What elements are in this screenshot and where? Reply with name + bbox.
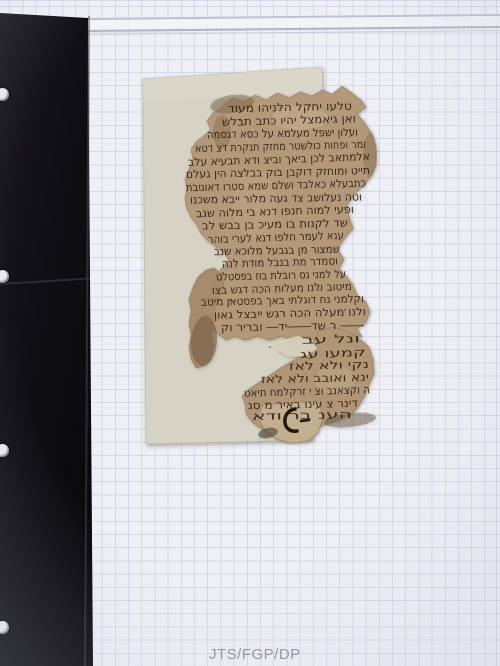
- fragment-scene: טלעו יחקל הלניהו מעודואן גיאמצל יהיו כתב…: [0, 0, 500, 666]
- manuscript-text-line: ונל עב: [302, 332, 360, 347]
- photo-canvas: טלעו יחקל הלניהו מעודואן גיאמצל יהיו כתב…: [0, 0, 500, 666]
- watermark-label: JTS/FGP/DP: [209, 646, 301, 663]
